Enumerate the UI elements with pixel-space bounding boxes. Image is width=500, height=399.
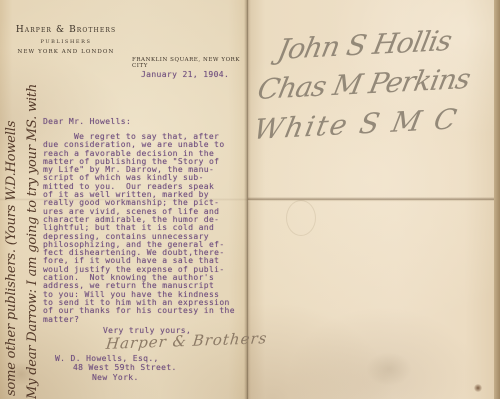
letterhead-location: New York and London — [0, 49, 132, 55]
recipient-address-line: W. D. Howells, Esq., — [55, 354, 177, 363]
letterhead-company: Harper & Brothers — [0, 25, 132, 35]
foxing-stain — [6, 362, 36, 386]
scanned-letter: Harper & Brothers Publishers New York an… — [0, 0, 500, 399]
smudge-stain — [366, 352, 412, 386]
letter-body: We regret to say that, afterdue consider… — [43, 133, 243, 324]
pencil-name-list: John S HollisChas M PerkinsWhite S M C — [252, 30, 496, 150]
recipient-address: W. D. Howells, Esq.,48 West 59th Street.… — [55, 354, 177, 382]
horizontal-fold-crease — [248, 197, 494, 202]
letterhead-subtitle: Publishers — [0, 39, 132, 45]
ink-stain — [474, 384, 482, 392]
salutation: Dear Mr. Howells: — [43, 117, 131, 126]
recipient-address-line: New York. — [92, 373, 177, 382]
recipient-address-line: 48 West 59th Street. — [73, 363, 177, 372]
letterhead-office-address: Franklin Square, New York City — [132, 57, 242, 69]
water-ring-stain — [286, 200, 316, 236]
date-line: January 21, 1904. — [141, 70, 229, 79]
letter-body-line: matter? — [43, 316, 243, 324]
letterhead: Harper & Brothers Publishers New York an… — [0, 25, 132, 55]
